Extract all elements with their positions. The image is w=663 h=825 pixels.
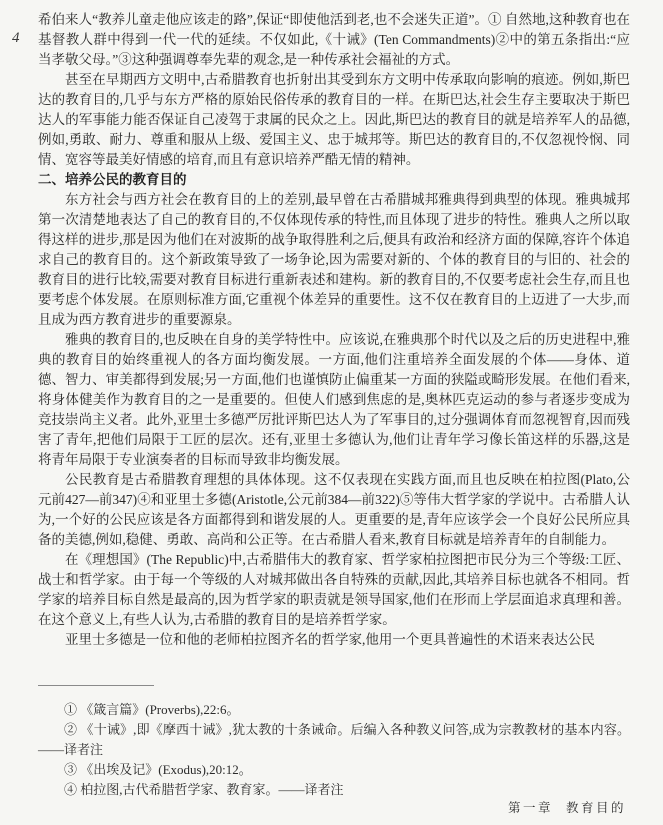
footnotes-block: ① 《箴言篇》(Proverbs),22:6。 ② 《十诫》,即《摩西十诫》,犹… <box>38 700 630 800</box>
footnote: ④ 柏拉图,古代希腊哲学家、教育家。——译者注 <box>38 780 630 800</box>
body-text: 希伯来人“教养儿童走他应该走的路”,保证“即使他活到老,也不会迷失正道”。① 自… <box>38 10 630 650</box>
page-number: 4 <box>12 30 20 47</box>
footnote: ① 《箴言篇》(Proverbs),22:6。 <box>38 700 630 720</box>
footer-chapter-title: 教育目的 <box>566 801 626 815</box>
book-page: 4 希伯来人“教养儿童走他应该走的路”,保证“即使他活到老,也不会迷失正道”。①… <box>0 0 663 825</box>
paragraph: 亚里士多德是一位和他的老师柏拉图齐名的哲学家,他用一个更具普遍性的术语来表达公民 <box>38 630 630 650</box>
paragraph: 公民教育是古希腊教育理想的具体体现。这不仅表现在实践方面,而且也反映在柏拉图(P… <box>38 470 630 550</box>
paragraph: 东方社会与西方社会在教育目的上的差别,最早曾在古希腊城邦雅典得到典型的体现。雅典… <box>38 190 630 330</box>
footnote: ② 《十诫》,即《摩西十诫》,犹太教的十条诫命。后编入各种教义问答,成为宗教教材… <box>38 720 630 760</box>
footer-chapter-label: 第一章 <box>508 801 553 815</box>
paragraph: 在《理想国》(The Republic)中,古希腊伟大的教育家、哲学家柏拉图把市… <box>38 550 630 630</box>
paragraph: 雅典的教育目的,也反映在自身的美学特性中。应该说,在雅典那个时代以及之后的历史进… <box>38 330 630 470</box>
running-footer: 第一章教育目的 <box>508 798 626 816</box>
paragraph-continuation: 希伯来人“教养儿童走他应该走的路”,保证“即使他活到老,也不会迷失正道”。① 自… <box>38 10 630 70</box>
paragraph: 甚至在早期西方文明中,古希腊教育也折射出其受到东方文明中传承取向影响的痕迹。例如… <box>38 70 630 170</box>
footnote-separator <box>38 685 154 686</box>
footnote: ③ 《出埃及记》(Exodus),20:12。 <box>38 760 630 780</box>
section-heading: 二、培养公民的教育目的 <box>38 170 630 190</box>
